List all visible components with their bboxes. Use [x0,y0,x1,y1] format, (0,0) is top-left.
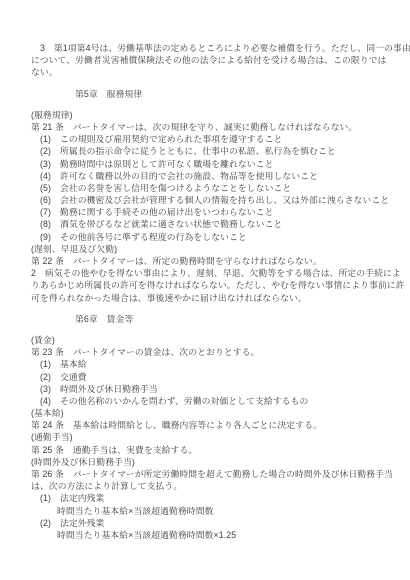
paragraph-3-line: 3 第1項第4号は、労働基準法の定めるところにより必要な補償を行う。ただし、同一… [40,42,400,54]
paragraph-3-line: について、労働者災害補償保険法その他の法令による給付を受ける場合は、この限りでは [31,54,400,66]
article-24-line: 第 24 条 基本給は時間給とし、職務内容等により各人ごとに決定する。 [31,419,400,431]
overtime-formula-legal-outside: 時間当たり基本給×当該超過勤務時間数×1.25 [57,529,400,541]
article-26-item-1: (1) 法定内残業 [40,492,400,504]
article-23-item-4: (4) その他名称のいかんを問わず、労働の対価として支給するもの [40,395,400,407]
article-21-item-4: (4) 許可なく職務以外の目的で会社の施設、物品等を使用しないこと [40,170,400,182]
article-25-caption: (通勤手当) [31,431,400,443]
article-22-paragraph-2-line: 可を得られなかった場合は、事後速やかに届け出なければならない。 [31,292,400,304]
article-26-item-2: (2) 法定外残業 [40,517,400,529]
article-21-item-9: (9) その他前各号に準ずる程度の行為をしないこと [40,231,400,243]
article-22-paragraph-2-line: りあらかじめ所属長の許可を得なければならない。ただし、やむを得ない事情により事前… [31,279,400,291]
overtime-formula-legal-inside: 時間当たり基本給×当該超過勤務時間数 [57,505,400,517]
article-26-caption: (時間外及び休日勤務手当) [31,456,400,468]
article-23-caption: (賃金) [31,334,400,346]
article-21-line: 第 21 条 パートタイマーは、次の規律を守り、誠実に勤務しなければならない。 [31,121,400,133]
article-21-item-2: (2) 所属長の指示命令に従うとともに、仕事中の私語、私行為を慎むこと [40,145,400,157]
article-23-item-3: (3) 時間外及び休日勤務手当 [40,383,400,395]
article-23-item-2: (2) 交通費 [40,371,400,383]
article-22-caption: (遅刻、早退及び欠勤) [31,243,400,255]
article-26-line: 第 26 条 パートタイマーが所定労働時間を超えて勤務した場合の時間外及び休日勤… [31,468,400,480]
article-21-item-1: (1) この規則及び雇用契約で定められた事項を遵守すること [40,133,400,145]
chapter-5-heading: 第5章 服務規律 [75,88,400,100]
article-21-item-3: (3) 勤務時間中は原則として許可なく職場を離れないこと [40,158,400,170]
article-21-item-5: (5) 会社の名誉を害し信用を傷つけるようなことをしないこと [40,182,400,194]
article-22-paragraph-2-line: 2 病気その他やむを得ない事由により、遅刻、早退、欠勤等をする場合は、所定の手続… [31,267,400,279]
article-23-line: 第 23 条 パートタイマーの賃金は、次のとおりとする。 [31,346,400,358]
article-24-caption: (基本給) [31,407,400,419]
document-page: 3 第1項第4号は、労働基準法の定めるところにより必要な補償を行う。ただし、同一… [0,0,410,580]
document-lines: 3 第1項第4号は、労働基準法の定めるところにより必要な補償を行う。ただし、同一… [31,42,400,541]
chapter-6-heading: 第6章 賃金等 [75,313,400,325]
article-21-item-6: (6) 会社の機密及び会社が管理する個人の情報を持ち出し、又は外部に洩らさないこ… [40,194,400,206]
article-26-line: は、次の方法により計算して支払う。 [31,480,400,492]
article-23-item-1: (1) 基本給 [40,358,400,370]
paragraph-3-line: ない。 [31,66,400,78]
article-21-item-8: (8) 酒気を帯びるなど就業に適さない状態で勤務しないこと [40,218,400,230]
article-22-line: 第 22 条 パートタイマーは、所定の勤務時間を守らなければならない。 [31,255,400,267]
article-25-line: 第 25 条 通勤手当は、実費を支給する。 [31,444,400,456]
article-21-item-7: (7) 勤務に関する手続その他の届け出をいつわらないこと [40,206,400,218]
article-21-caption: (服務規律) [31,109,400,121]
